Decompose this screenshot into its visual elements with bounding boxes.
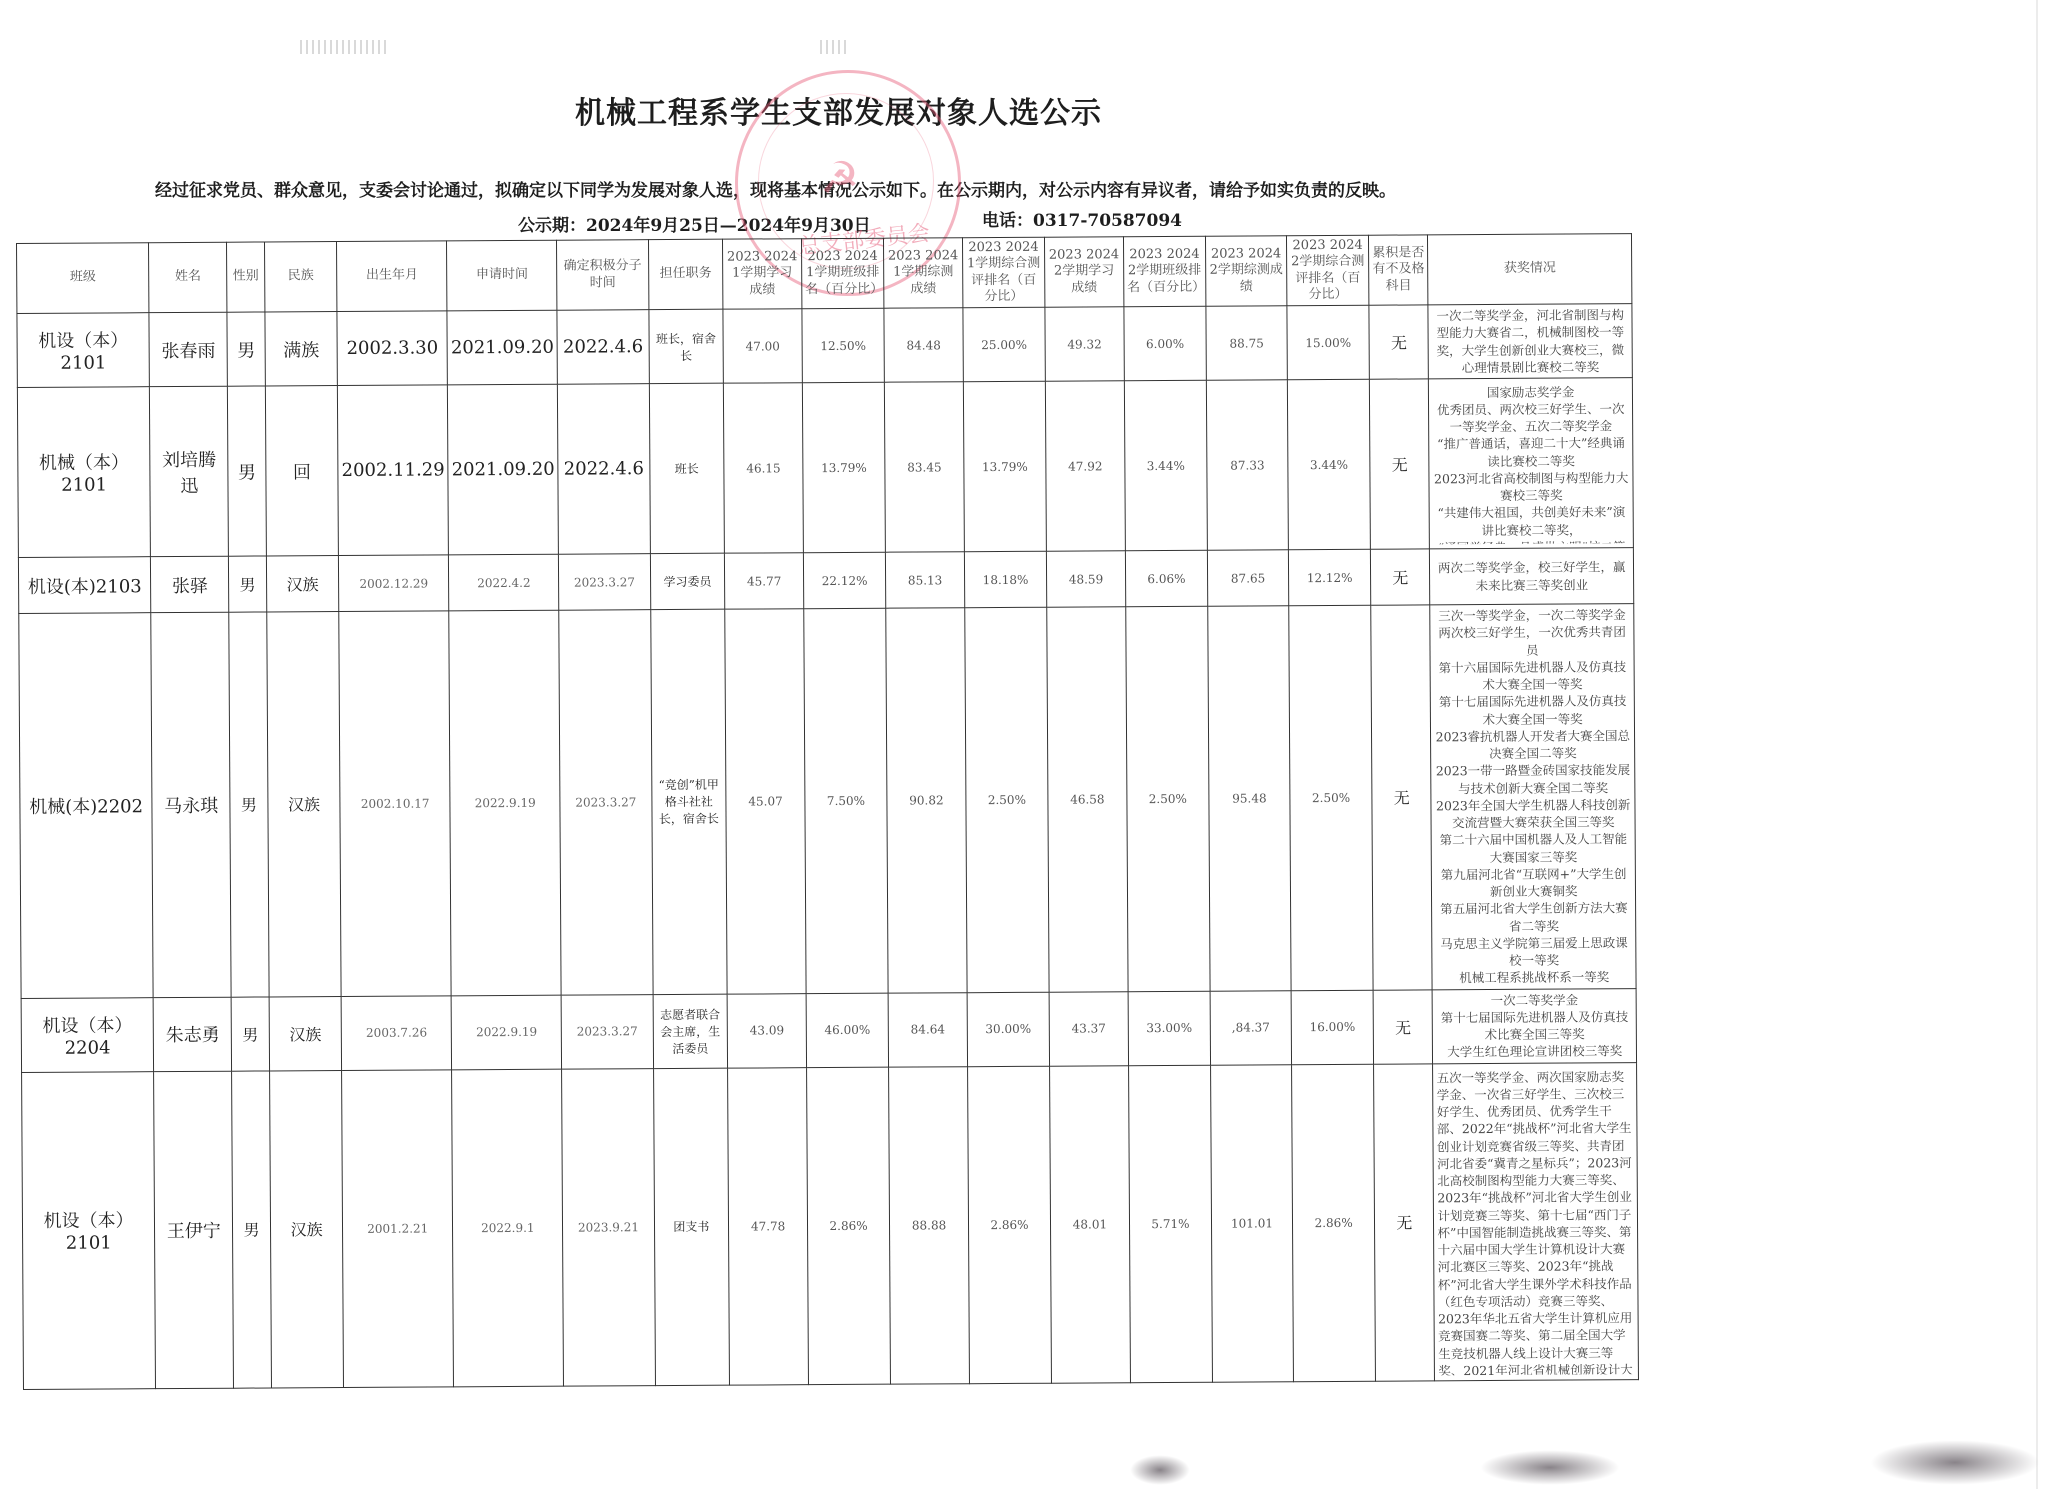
cell-s1-rank: 2.86% [807, 1067, 891, 1384]
cell-name: 王伊宁 [154, 1071, 234, 1388]
table-row: 机设（本）2204朱志勇男汉族2003.7.262022.9.192023.3.… [21, 988, 1636, 1072]
cell-fail: 无 [1371, 605, 1433, 990]
award-item: “诵国学经典，品盛世文明”校二等奖 [1433, 538, 1630, 544]
header-post: 担任职务 [648, 239, 723, 309]
scan-artifact [300, 40, 390, 54]
cell-s1-comp-rank: 2.86% [967, 1066, 1051, 1383]
cell-s1-comp: 85.13 [886, 552, 965, 608]
intro-text: 经过征求党员、群众意见，支委会讨论通过，拟确定以下同学为发展对象人选，现将基本情… [155, 176, 1396, 201]
cell-name: 张春雨 [149, 312, 227, 386]
cell-s2-score: 48.01 [1050, 1065, 1131, 1382]
cell-s1-comp-rank: 13.79% [963, 381, 1046, 551]
award-item: 2023睿抗机器人开发者大赛全国总决赛全国二等奖 [1434, 727, 1631, 763]
cell-s1-comp-rank: 25.00% [963, 307, 1046, 382]
awards-list: 三次一等奖学金，一次二等奖学金两次校三好学生，一次优秀共青团员第十六届国际先进机… [1434, 606, 1633, 987]
table-header-row: 班级 姓名 性别 民族 出生年月 申请时间 确定积极分子时间 担任职务 2023… [17, 234, 1632, 314]
cell-s2-score: 43.37 [1049, 991, 1128, 1065]
award-item: 第五届河北省大学生创新方法大赛省二等奖 [1435, 899, 1632, 935]
cell-class: 机设(本)2103 [18, 557, 151, 614]
cell-class: 机械（本）2101 [17, 387, 150, 558]
cell-s1-comp-rank: 2.50% [965, 607, 1050, 992]
cell-activist: 2022.4.6 [558, 384, 650, 555]
page-edge [2036, 0, 2038, 1489]
cell-s2-score: 47.92 [1045, 381, 1125, 551]
cell-s1-comp: 84.48 [884, 308, 963, 382]
cell-s2-rank: 6.06% [1125, 550, 1208, 607]
cell-s2-rank: 2.50% [1126, 606, 1211, 991]
cell-apply: 2022.9.19 [451, 995, 562, 1070]
cell-s1-score: 46.15 [724, 383, 804, 553]
cell-apply: 2022.4.2 [449, 554, 559, 611]
award-item: 马克思主义学院第三届爱上思政课校一等奖 [1436, 934, 1633, 970]
award-item: “推广普通话，喜迎二十大”经典诵读比赛校二等奖 [1433, 434, 1630, 470]
award-item: 第十七届国际先进机器人及仿真技术大赛全国一等奖 [1434, 692, 1631, 728]
cell-ethnicity: 回 [265, 386, 338, 556]
award-item: 第十六届国际先进机器人及仿真技术大赛全国一等奖 [1434, 658, 1631, 694]
cell-name: 张驿 [151, 556, 229, 612]
cell-awards: 一次二等奖学金第十七届国际先进机器人及仿真技术比赛全国三等奖大学生红色理论宣讲团… [1433, 988, 1637, 1063]
cell-s1-comp: 88.88 [889, 1066, 970, 1383]
table-row: 机械(本)2202马永琪男汉族2002.10.172022.9.192023.3… [19, 604, 1636, 998]
cell-s2-score: 48.59 [1046, 551, 1125, 607]
cell-activist: 2023.9.21 [562, 1068, 655, 1386]
header-activist: 确定积极分子时间 [557, 240, 649, 311]
cell-s2-score: 46.58 [1047, 607, 1128, 992]
cell-post: 班长，宿舍长 [648, 309, 723, 383]
cell-s1-score: 47.00 [723, 309, 802, 383]
cell-sex: 男 [229, 556, 267, 612]
award-item: 一次二等奖学金 [1436, 991, 1633, 1009]
cell-activist: 2022.4.6 [557, 310, 649, 385]
cell-sex: 男 [227, 312, 265, 386]
awards-list: 一次二等奖学金第十七届国际先进机器人及仿真技术比赛全国三等奖大学生红色理论宣讲团… [1436, 991, 1633, 1061]
award-item: 2023年全国大学生机器人科技创新交流营暨大赛荣获全国三等奖 [1435, 796, 1632, 832]
cell-s2-rank: 6.00% [1124, 306, 1207, 381]
header-awards: 获奖情况 [1428, 234, 1632, 305]
header-s2-rank: 2023 2024 2学期班级排名（百分比） [1123, 236, 1206, 307]
cell-s2-comp: 87.33 [1206, 380, 1288, 550]
scan-artifact [1480, 1450, 1620, 1485]
award-item: 2023一带一路暨金砖国家技能发展与技术创新大赛全国二等奖 [1435, 761, 1632, 797]
cell-ethnicity: 汉族 [267, 612, 342, 997]
scan-artifact [820, 40, 850, 54]
cell-apply: 2021.09.20 [448, 384, 559, 555]
cell-sex: 男 [228, 386, 267, 556]
cell-birth: 2003.7.26 [341, 995, 452, 1070]
award-item: 国家励志奖学金 [1432, 383, 1629, 401]
cell-apply: 2022.9.1 [452, 1069, 564, 1387]
award-item: 机械工程系挑战杯系一等奖 [1436, 968, 1633, 986]
cell-apply: 2022.9.19 [449, 610, 561, 995]
header-s1-comp-rank: 2023 2024 1学期综合测评排名（百分比） [962, 237, 1045, 308]
cell-name: 刘培腾迅 [150, 386, 229, 556]
cell-class: 机械(本)2202 [19, 613, 154, 998]
header-birth: 出生年月 [337, 241, 447, 312]
cell-s2-rank: 5.71% [1128, 1065, 1212, 1382]
table-row: 机械（本）2101刘培腾迅男回2002.11.292021.09.202022.… [17, 378, 1633, 558]
scan-artifact [1870, 1440, 2040, 1485]
candidate-table: 班级 姓名 性别 民族 出生年月 申请时间 确定积极分子时间 担任职务 2023… [16, 233, 1639, 1389]
cell-s2-comp: 88.75 [1206, 306, 1287, 380]
cell-ethnicity: 汉族 [266, 556, 339, 612]
cell-activist: 2023.3.27 [561, 994, 653, 1069]
contact-phone: 电话：0317-70587094 [982, 206, 1182, 231]
cell-name: 马永琪 [151, 612, 231, 997]
award-item: 2023河北省高校制图与构型能力大赛校三等奖 [1433, 469, 1630, 505]
cell-awards: 五次一等奖学金、两次国家励志奖学金、一次省三好学生、三次校三好学生、优秀团员、优… [1433, 1062, 1638, 1380]
cell-post: 班长 [649, 383, 725, 553]
cell-ethnicity: 满族 [265, 312, 338, 386]
document-title: 机械工程系学生支部发展对象人选公示 [575, 88, 1102, 132]
table-row: 机设（本）2101王伊宁男汉族2001.2.212022.9.12023.9.2… [22, 1062, 1639, 1389]
header-s2-score: 2023 2024 2学期学习成绩 [1045, 237, 1124, 307]
cell-s1-comp: 84.64 [888, 992, 967, 1066]
table-body: 机设（本）2101张春雨男满族2002.3.302021.09.202022.4… [17, 304, 1639, 1389]
cell-activist: 2023.3.27 [559, 610, 653, 995]
cell-fail: 无 [1373, 989, 1433, 1063]
cell-s2-comp: 101.01 [1211, 1064, 1294, 1381]
cell-s1-rank: 22.12% [803, 552, 886, 609]
cell-s1-rank: 12.50% [802, 308, 885, 383]
cell-fail: 无 [1369, 305, 1429, 379]
cell-name: 朱志勇 [153, 997, 231, 1071]
cell-birth: 2001.2.21 [342, 1069, 454, 1387]
awards-list: 国家励志奖学金优秀团员、两次校三好学生、一次一等奖学金、五次二等奖学金“推广普通… [1432, 383, 1630, 544]
award-item: 第二十六届中国机器人及人工智能大赛国家三等奖 [1435, 830, 1632, 866]
awards-list: 两次二等奖学金，校三好学生，赢未来比赛三等奖创业 [1433, 558, 1630, 594]
cell-awards: 三次一等奖学金，一次二等奖学金两次校三好学生，一次优秀共青团员第十六届国际先进机… [1430, 604, 1636, 990]
cell-s2-comp-rank: 16.00% [1291, 990, 1374, 1065]
cell-s2-comp-rank: 12.12% [1288, 549, 1371, 606]
cell-s2-comp-rank: 2.50% [1289, 605, 1374, 990]
award-item: 五次一等奖学金、两次国家励志奖学金、一次省三好学生、三次校三好学生、优秀团员、优… [1437, 1068, 1635, 1375]
awards-list: 一次二等奖学金，河北省制图与构型能力大赛省二，机械制图校一等奖，大学生创新创业大… [1432, 306, 1629, 376]
cell-post: 学习委员 [650, 553, 725, 609]
cell-s1-comp: 83.45 [885, 382, 965, 552]
publicity-period: 公示期：2024年9月25日—2024年9月30日 [518, 211, 871, 236]
cell-awards: 一次二等奖学金，河北省制图与构型能力大赛省二，机械制图校一等奖，大学生创新创业大… [1428, 304, 1632, 379]
cell-apply: 2021.09.20 [447, 310, 558, 385]
cell-s2-comp: 87.65 [1207, 550, 1288, 606]
awards-list: 五次一等奖学金、两次国家励志奖学金、一次省三好学生、三次校三好学生、优秀团员、优… [1437, 1068, 1635, 1375]
award-item: “共建伟大祖国，共创美好未来”演讲比赛校二等奖， [1433, 503, 1630, 539]
award-item: 第十七届国际先进机器人及仿真技术比赛全国三等奖 [1436, 1008, 1633, 1044]
cell-sex: 男 [231, 996, 269, 1070]
award-item: 两次二等奖学金，校三好学生，赢未来比赛三等奖创业 [1433, 558, 1630, 594]
header-s2-comp: 2023 2024 2学期综测成绩 [1205, 236, 1286, 306]
header-fail: 累积是否有不及格科目 [1369, 235, 1429, 305]
cell-s1-score: 47.78 [728, 1067, 809, 1384]
cell-s2-comp: 95.48 [1208, 606, 1291, 991]
cell-post: “竞创”机甲格斗社社长，宿舍长 [650, 609, 727, 994]
cell-s1-rank: 46.00% [806, 993, 889, 1068]
award-item: 两次校三好学生，一次优秀共青团员 [1434, 623, 1631, 659]
header-s1-rank: 2023 2024 1学期班级排名（百分比） [801, 238, 884, 309]
header-class: 班级 [17, 243, 150, 314]
cell-awards: 国家励志奖学金优秀团员、两次校三好学生、一次一等奖学金、五次二等奖学金“推广普通… [1429, 378, 1634, 549]
award-item: 一次二等奖学金，河北省制图与构型能力大赛省二，机械制图校一等奖，大学生创新创业大… [1432, 306, 1629, 376]
header-s1-comp: 2023 2024 1学期综测成绩 [884, 238, 963, 308]
cell-class: 机设（本）2101 [22, 1071, 156, 1389]
cell-s2-comp: ,84.37 [1210, 990, 1291, 1064]
award-item: 三次一等奖学金，一次二等奖学金 [1434, 606, 1631, 624]
header-apply: 申请时间 [447, 240, 557, 311]
cell-s2-rank: 3.44% [1124, 380, 1207, 550]
cell-class: 机设（本）2101 [17, 313, 150, 388]
award-item: 第九届河北省“互联网+”大学生创新创业大赛铜奖 [1435, 865, 1632, 901]
cell-s2-rank: 33.00% [1128, 991, 1211, 1066]
cell-birth: 2002.11.29 [338, 385, 449, 556]
header-ethnicity: 民族 [264, 242, 337, 312]
table-row: 机设(本)2103张驿男汉族2002.12.292022.4.22023.3.2… [18, 548, 1633, 614]
cell-s1-score: 45.77 [725, 553, 804, 609]
cell-class: 机设（本）2204 [21, 997, 154, 1072]
cell-s1-comp: 90.82 [886, 608, 967, 993]
cell-fail: 无 [1371, 549, 1431, 605]
cell-post: 志愿者联合会主席，生活委员 [653, 994, 728, 1068]
header-s1-score: 2023 2024 1学期学习成绩 [723, 239, 802, 309]
header-sex: 性别 [227, 242, 265, 312]
cell-s1-score: 45.07 [725, 609, 806, 994]
cell-s2-comp-rank: 2.86% [1292, 1064, 1376, 1381]
scan-artifact [1130, 1455, 1190, 1485]
cell-awards: 两次二等奖学金，校三好学生，赢未来比赛三等奖创业 [1430, 548, 1634, 605]
cell-fail: 无 [1374, 1063, 1435, 1380]
cell-s2-comp-rank: 15.00% [1287, 305, 1370, 380]
cell-s1-comp-rank: 30.00% [967, 992, 1050, 1067]
header-s2-comp-rank: 2023 2024 2学期综合测评排名（百分比） [1287, 235, 1370, 306]
award-item: 大学生红色理论宣讲团校三等奖 [1436, 1042, 1633, 1060]
cell-sex: 男 [229, 612, 269, 997]
cell-s1-comp-rank: 18.18% [964, 551, 1047, 608]
award-item: 优秀团员、两次校三好学生、一次一等奖学金、五次二等奖学金 [1432, 400, 1629, 436]
cell-s1-rank: 13.79% [802, 382, 885, 552]
cell-s2-comp-rank: 3.44% [1287, 379, 1370, 549]
cell-birth: 2002.3.30 [337, 311, 448, 386]
cell-s1-score: 43.09 [727, 993, 806, 1067]
cell-birth: 2002.10.17 [339, 611, 451, 996]
cell-s1-rank: 7.50% [804, 608, 889, 993]
table-row: 机设（本）2101张春雨男满族2002.3.302021.09.202022.4… [17, 304, 1632, 388]
cell-ethnicity: 汉族 [269, 996, 342, 1070]
header-name: 姓名 [149, 242, 227, 312]
cell-sex: 男 [232, 1070, 271, 1387]
cell-birth: 2002.12.29 [339, 555, 449, 612]
cell-fail: 无 [1370, 379, 1430, 549]
cell-s2-score: 49.32 [1045, 307, 1124, 381]
scanned-document-page: 机械工程系学生支部发展对象人选公示 经过征求党员、群众意见，支委会讨论通过，拟确… [0, 0, 2048, 1489]
cell-ethnicity: 汉族 [269, 1070, 343, 1387]
cell-post: 团支书 [653, 1068, 730, 1385]
cell-activist: 2023.3.27 [559, 554, 651, 611]
